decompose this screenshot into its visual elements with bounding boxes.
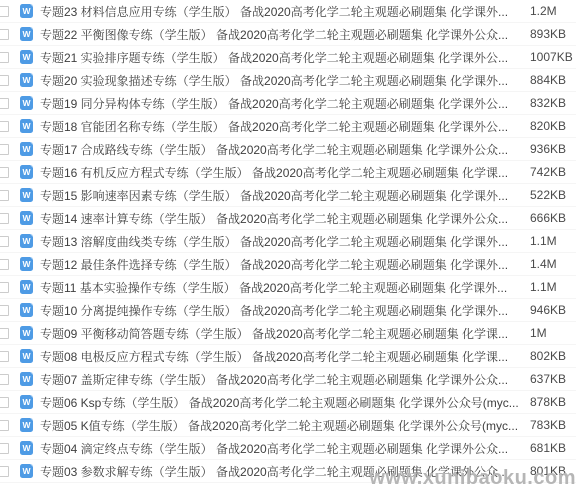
file-name-link[interactable]: 专题09 平衡移动简答题专练（学生版） 备战2020高考化学二轮主观题必刷题集 … (40, 325, 526, 342)
file-size: 666KB (530, 211, 576, 225)
row-checkbox[interactable] (0, 259, 9, 270)
file-size: 820KB (530, 119, 576, 133)
file-size: 742KB (530, 165, 576, 179)
file-size: 884KB (530, 73, 576, 87)
file-row: W 专题21 实验排序题专练（学生版） 备战2020高考化学二轮主观题必刷题集 … (0, 46, 576, 69)
file-row: W 专题13 溶解度曲线类专练（学生版） 备战2020高考化学二轮主观题必刷题集… (0, 230, 576, 253)
row-checkbox[interactable] (0, 98, 9, 109)
row-checkbox[interactable] (0, 236, 9, 247)
file-row: W 专题09 平衡移动简答题专练（学生版） 备战2020高考化学二轮主观题必刷题… (0, 322, 576, 345)
word-doc-icon: W (20, 464, 33, 478)
row-checkbox[interactable] (0, 52, 9, 63)
file-name-link[interactable]: 专题19 同分异构体专练（学生版） 备战2020高考化学二轮主观题必刷题集 化学… (40, 95, 526, 112)
word-doc-icon: W (20, 119, 33, 133)
row-checkbox[interactable] (0, 121, 9, 132)
file-row: W 专题12 最佳条件选择专练（学生版） 备战2020高考化学二轮主观题必刷题集… (0, 253, 576, 276)
word-doc-icon: W (20, 50, 33, 64)
row-checkbox[interactable] (0, 6, 9, 17)
row-checkbox[interactable] (0, 397, 9, 408)
file-row: W 专题18 官能团名称专练（学生版） 备战2020高考化学二轮主观题必刷题集 … (0, 115, 576, 138)
file-name-link[interactable]: 专题12 最佳条件选择专练（学生版） 备战2020高考化学二轮主观题必刷题集 化… (40, 256, 526, 273)
file-size: 832KB (530, 96, 576, 110)
file-row: W 专题06 Ksp专练（学生版） 备战2020高考化学二轮主观题必刷题集 化学… (0, 391, 576, 414)
file-size: 522KB (530, 188, 576, 202)
row-checkbox[interactable] (0, 190, 9, 201)
file-size: 893KB (530, 27, 576, 41)
file-size: 637KB (530, 372, 576, 386)
word-doc-icon: W (20, 395, 33, 409)
row-checkbox[interactable] (0, 328, 9, 339)
row-checkbox[interactable] (0, 351, 9, 362)
row-checkbox[interactable] (0, 305, 9, 316)
file-size: 1.2M (530, 4, 576, 18)
file-row: W 专题22 平衡图像专练（学生版） 备战2020高考化学二轮主观题必刷题集 化… (0, 23, 576, 46)
word-doc-icon: W (20, 372, 33, 386)
file-row: W 专题03 参数求解专练（学生版） 备战2020高考化学二轮主观题必刷题集 化… (0, 460, 576, 483)
file-name-link[interactable]: 专题03 参数求解专练（学生版） 备战2020高考化学二轮主观题必刷题集 化学课… (40, 463, 526, 480)
row-checkbox[interactable] (0, 75, 9, 86)
file-name-link[interactable]: 专题10 分离提纯操作专练（学生版） 备战2020高考化学二轮主观题必刷题集 化… (40, 302, 526, 319)
word-doc-icon: W (20, 418, 33, 432)
file-size: 783KB (530, 418, 576, 432)
word-doc-icon: W (20, 4, 33, 18)
file-list: W 专题23 材料信息应用专练（学生版） 备战2020高考化学二轮主观题必刷题集… (0, 0, 576, 483)
file-name-link[interactable]: 专题21 实验排序题专练（学生版） 备战2020高考化学二轮主观题必刷题集 化学… (40, 49, 526, 66)
file-row: W 专题16 有机反应方程式专练（学生版） 备战2020高考化学二轮主观题必刷题… (0, 161, 576, 184)
file-size: 878KB (530, 395, 576, 409)
file-name-link[interactable]: 专题07 盖斯定律专练（学生版） 备战2020高考化学二轮主观题必刷题集 化学课… (40, 371, 526, 388)
word-doc-icon: W (20, 234, 33, 248)
word-doc-icon: W (20, 73, 33, 87)
file-size: 802KB (530, 349, 576, 363)
file-name-link[interactable]: 专题05 K值专练（学生版） 备战2020高考化学二轮主观题必刷题集 化学课外公… (40, 417, 526, 434)
word-doc-icon: W (20, 211, 33, 225)
file-name-link[interactable]: 专题16 有机反应方程式专练（学生版） 备战2020高考化学二轮主观题必刷题集 … (40, 164, 526, 181)
file-name-link[interactable]: 专题15 影响速率因素专练（学生版） 备战2020高考化学二轮主观题必刷题集 化… (40, 187, 526, 204)
word-doc-icon: W (20, 441, 33, 455)
file-name-link[interactable]: 专题06 Ksp专练（学生版） 备战2020高考化学二轮主观题必刷题集 化学课外… (40, 394, 526, 411)
file-name-link[interactable]: 专题14 速率计算专练（学生版） 备战2020高考化学二轮主观题必刷题集 化学课… (40, 210, 526, 227)
file-row: W 专题07 盖斯定律专练（学生版） 备战2020高考化学二轮主观题必刷题集 化… (0, 368, 576, 391)
row-checkbox[interactable] (0, 213, 9, 224)
row-checkbox[interactable] (0, 29, 9, 40)
file-row: W 专题19 同分异构体专练（学生版） 备战2020高考化学二轮主观题必刷题集 … (0, 92, 576, 115)
file-name-link[interactable]: 专题13 溶解度曲线类专练（学生版） 备战2020高考化学二轮主观题必刷题集 化… (40, 233, 526, 250)
file-row: W 专题23 材料信息应用专练（学生版） 备战2020高考化学二轮主观题必刷题集… (0, 0, 576, 23)
file-row: W 专题11 基本实验操作专练（学生版） 备战2020高考化学二轮主观题必刷题集… (0, 276, 576, 299)
row-checkbox[interactable] (0, 466, 9, 477)
word-doc-icon: W (20, 326, 33, 340)
file-size: 1.1M (530, 280, 576, 294)
row-checkbox[interactable] (0, 443, 9, 454)
file-size: 681KB (530, 441, 576, 455)
file-size: 946KB (530, 303, 576, 317)
file-size: 1007KB (530, 50, 576, 64)
file-name-link[interactable]: 专题22 平衡图像专练（学生版） 备战2020高考化学二轮主观题必刷题集 化学课… (40, 26, 526, 43)
file-row: W 专题15 影响速率因素专练（学生版） 备战2020高考化学二轮主观题必刷题集… (0, 184, 576, 207)
file-name-link[interactable]: 专题18 官能团名称专练（学生版） 备战2020高考化学二轮主观题必刷题集 化学… (40, 118, 526, 135)
word-doc-icon: W (20, 165, 33, 179)
word-doc-icon: W (20, 27, 33, 41)
file-size: 936KB (530, 142, 576, 156)
word-doc-icon: W (20, 188, 33, 202)
file-size: 1.1M (530, 234, 576, 248)
file-name-link[interactable]: 专题17 合成路线专练（学生版） 备战2020高考化学二轮主观题必刷题集 化学课… (40, 141, 526, 158)
file-row: W 专题08 电极反应方程式专练（学生版） 备战2020高考化学二轮主观题必刷题… (0, 345, 576, 368)
word-doc-icon: W (20, 280, 33, 294)
file-size: 1M (530, 326, 576, 340)
word-doc-icon: W (20, 349, 33, 363)
file-row: W 专题10 分离提纯操作专练（学生版） 备战2020高考化学二轮主观题必刷题集… (0, 299, 576, 322)
row-checkbox[interactable] (0, 144, 9, 155)
file-name-link[interactable]: 专题04 滴定终点专练（学生版） 备战2020高考化学二轮主观题必刷题集 化学课… (40, 440, 526, 457)
word-doc-icon: W (20, 303, 33, 317)
file-name-link[interactable]: 专题20 实验现象描述专练（学生版） 备战2020高考化学二轮主观题必刷题集 化… (40, 72, 526, 89)
word-doc-icon: W (20, 96, 33, 110)
file-row: W 专题05 K值专练（学生版） 备战2020高考化学二轮主观题必刷题集 化学课… (0, 414, 576, 437)
file-row: W 专题17 合成路线专练（学生版） 备战2020高考化学二轮主观题必刷题集 化… (0, 138, 576, 161)
row-checkbox[interactable] (0, 374, 9, 385)
file-download-page: W 专题23 材料信息应用专练（学生版） 备战2020高考化学二轮主观题必刷题集… (0, 0, 576, 488)
row-checkbox[interactable] (0, 282, 9, 293)
word-doc-icon: W (20, 142, 33, 156)
file-size: 1.4M (530, 257, 576, 271)
word-doc-icon: W (20, 257, 33, 271)
file-row: W 专题20 实验现象描述专练（学生版） 备战2020高考化学二轮主观题必刷题集… (0, 69, 576, 92)
file-name-link[interactable]: 专题11 基本实验操作专练（学生版） 备战2020高考化学二轮主观题必刷题集 化… (40, 279, 526, 296)
file-name-link[interactable]: 专题23 材料信息应用专练（学生版） 备战2020高考化学二轮主观题必刷题集 化… (40, 3, 526, 20)
file-row: W 专题04 滴定终点专练（学生版） 备战2020高考化学二轮主观题必刷题集 化… (0, 437, 576, 460)
row-checkbox[interactable] (0, 420, 9, 431)
file-size: 801KB (530, 464, 576, 478)
file-name-link[interactable]: 专题08 电极反应方程式专练（学生版） 备战2020高考化学二轮主观题必刷题集 … (40, 348, 526, 365)
file-row: W 专题14 速率计算专练（学生版） 备战2020高考化学二轮主观题必刷题集 化… (0, 207, 576, 230)
row-checkbox[interactable] (0, 167, 9, 178)
